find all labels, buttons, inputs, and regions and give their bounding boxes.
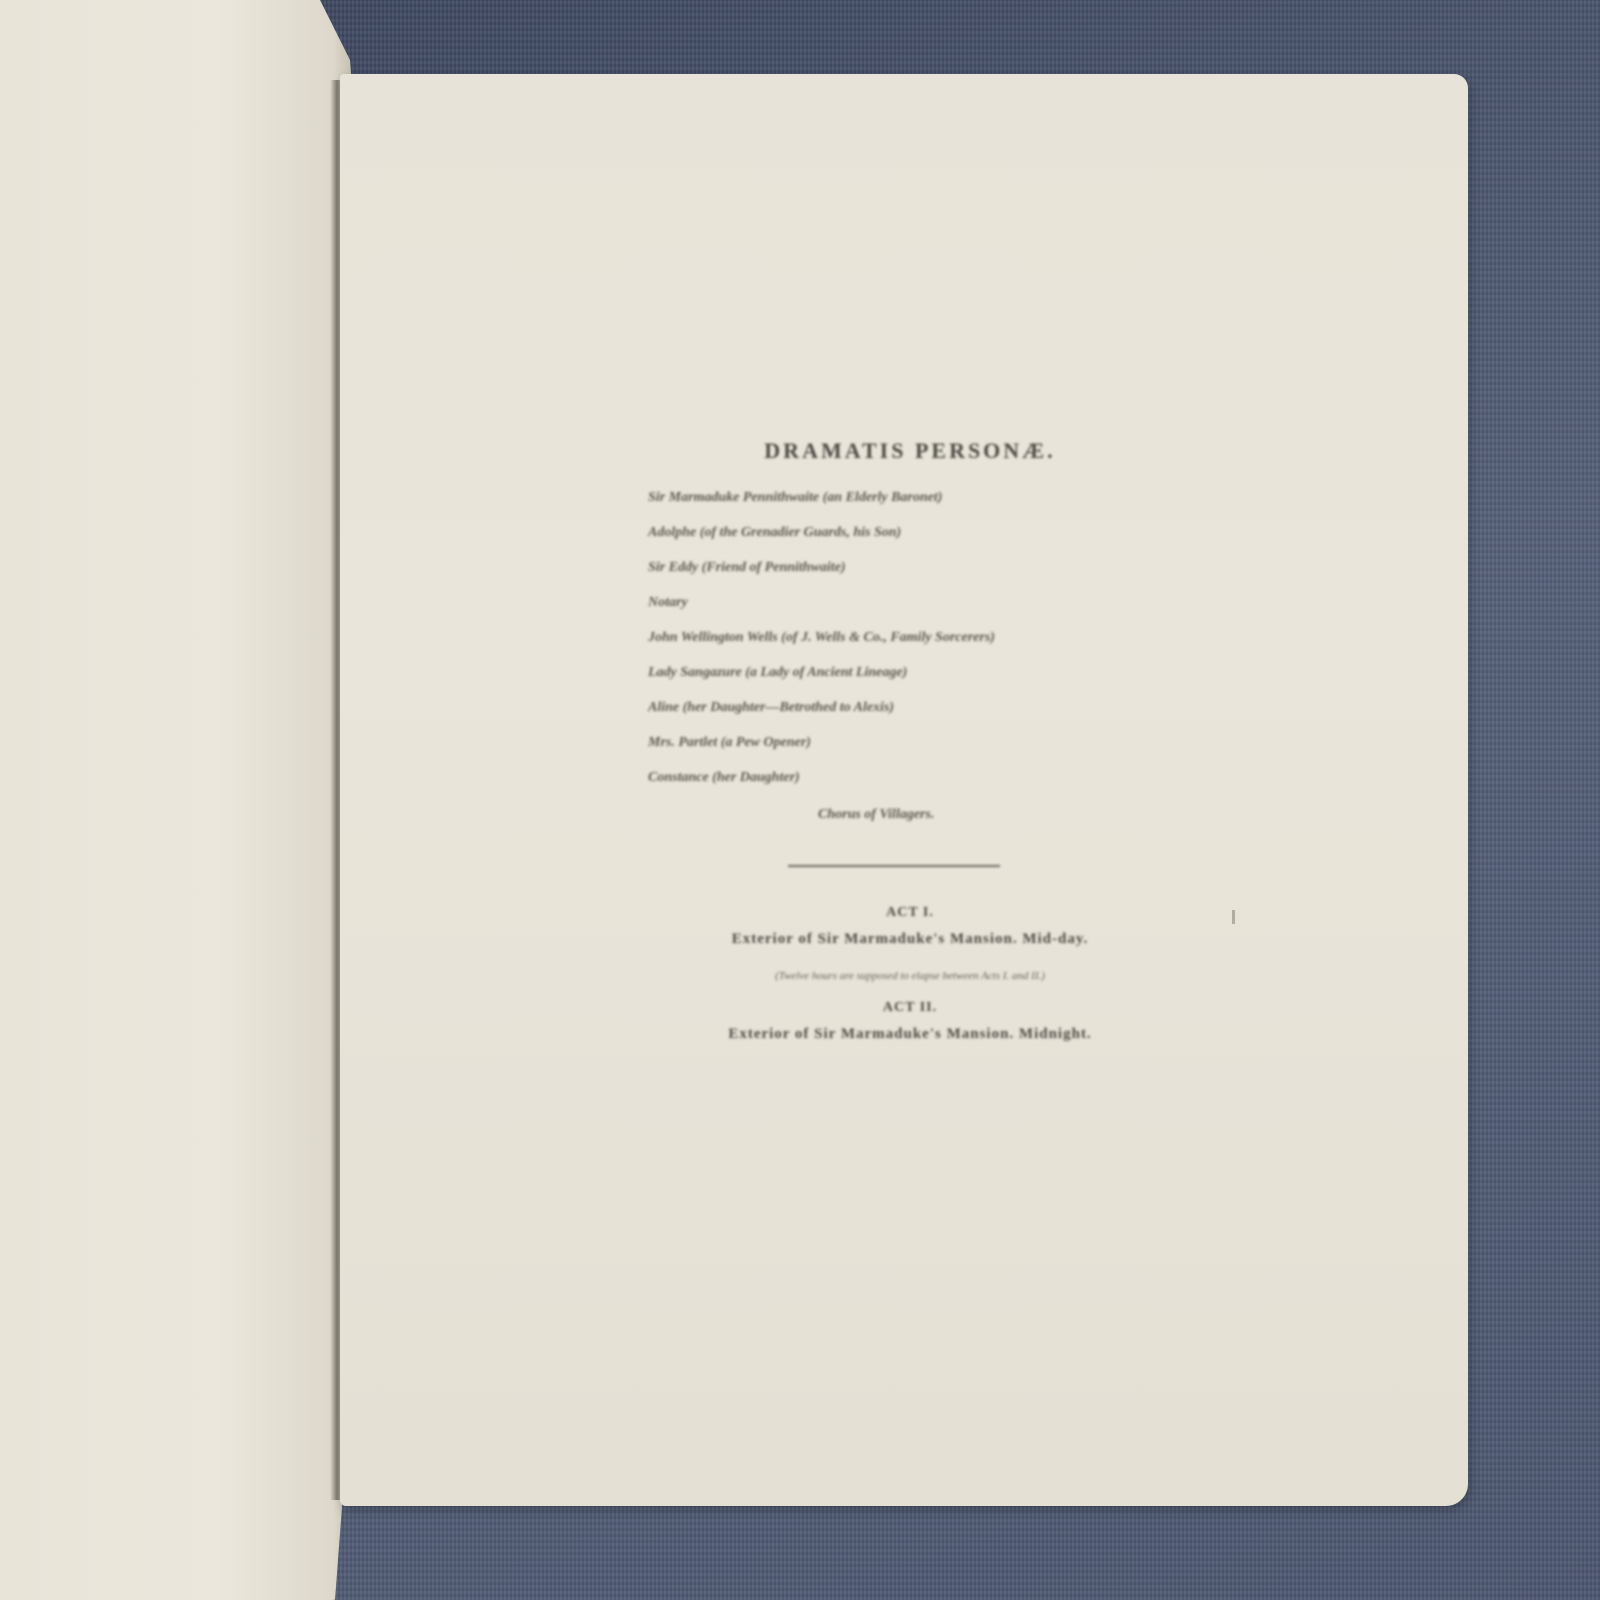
act-one-scene: Exterior of Sir Marmaduke's Mansion. Mid…: [600, 931, 1220, 948]
interval-note: (Twelve hours are supposed to elapse bet…: [600, 970, 1220, 982]
act-two-label: ACT II.: [600, 1000, 1220, 1016]
chorus-line: Chorus of Villagers.: [818, 807, 1220, 823]
cast-item: Notary: [648, 593, 1220, 628]
cast-item: Sir Marmaduke Pennithwaite (an Elderly B…: [648, 488, 1220, 523]
act-one-label: ACT I.: [600, 905, 1220, 921]
dramatis-personae-block: DRAMATIS PERSONÆ. Sir Marmaduke Pennithw…: [600, 438, 1220, 1043]
cast-item: Adolphe (of the Grenadier Guards, his So…: [648, 523, 1220, 558]
cast-item: John Wellington Wells (of J. Wells & Co.…: [648, 628, 1220, 663]
cast-item: Lady Sangazure (a Lady of Ancient Lineag…: [648, 663, 1220, 698]
left-page: [0, 0, 362, 1600]
cast-item: Sir Eddy (Friend of Pennithwaite): [648, 558, 1220, 593]
divider-rule: [788, 865, 1000, 867]
cast-item: Constance (her Daughter): [648, 768, 1220, 803]
act-two-scene: Exterior of Sir Marmaduke's Mansion. Mid…: [600, 1026, 1220, 1043]
right-page: DRAMATIS PERSONÆ. Sir Marmaduke Pennithw…: [340, 74, 1468, 1506]
cast-item: Aline (her Daughter—Betrothed to Alexis): [648, 698, 1220, 733]
cast-list: Sir Marmaduke Pennithwaite (an Elderly B…: [600, 488, 1220, 803]
cast-item: Mrs. Partlet (a Pew Opener): [648, 733, 1220, 768]
page-title: DRAMATIS PERSONÆ.: [600, 438, 1220, 464]
paper-mark: [1232, 910, 1235, 924]
